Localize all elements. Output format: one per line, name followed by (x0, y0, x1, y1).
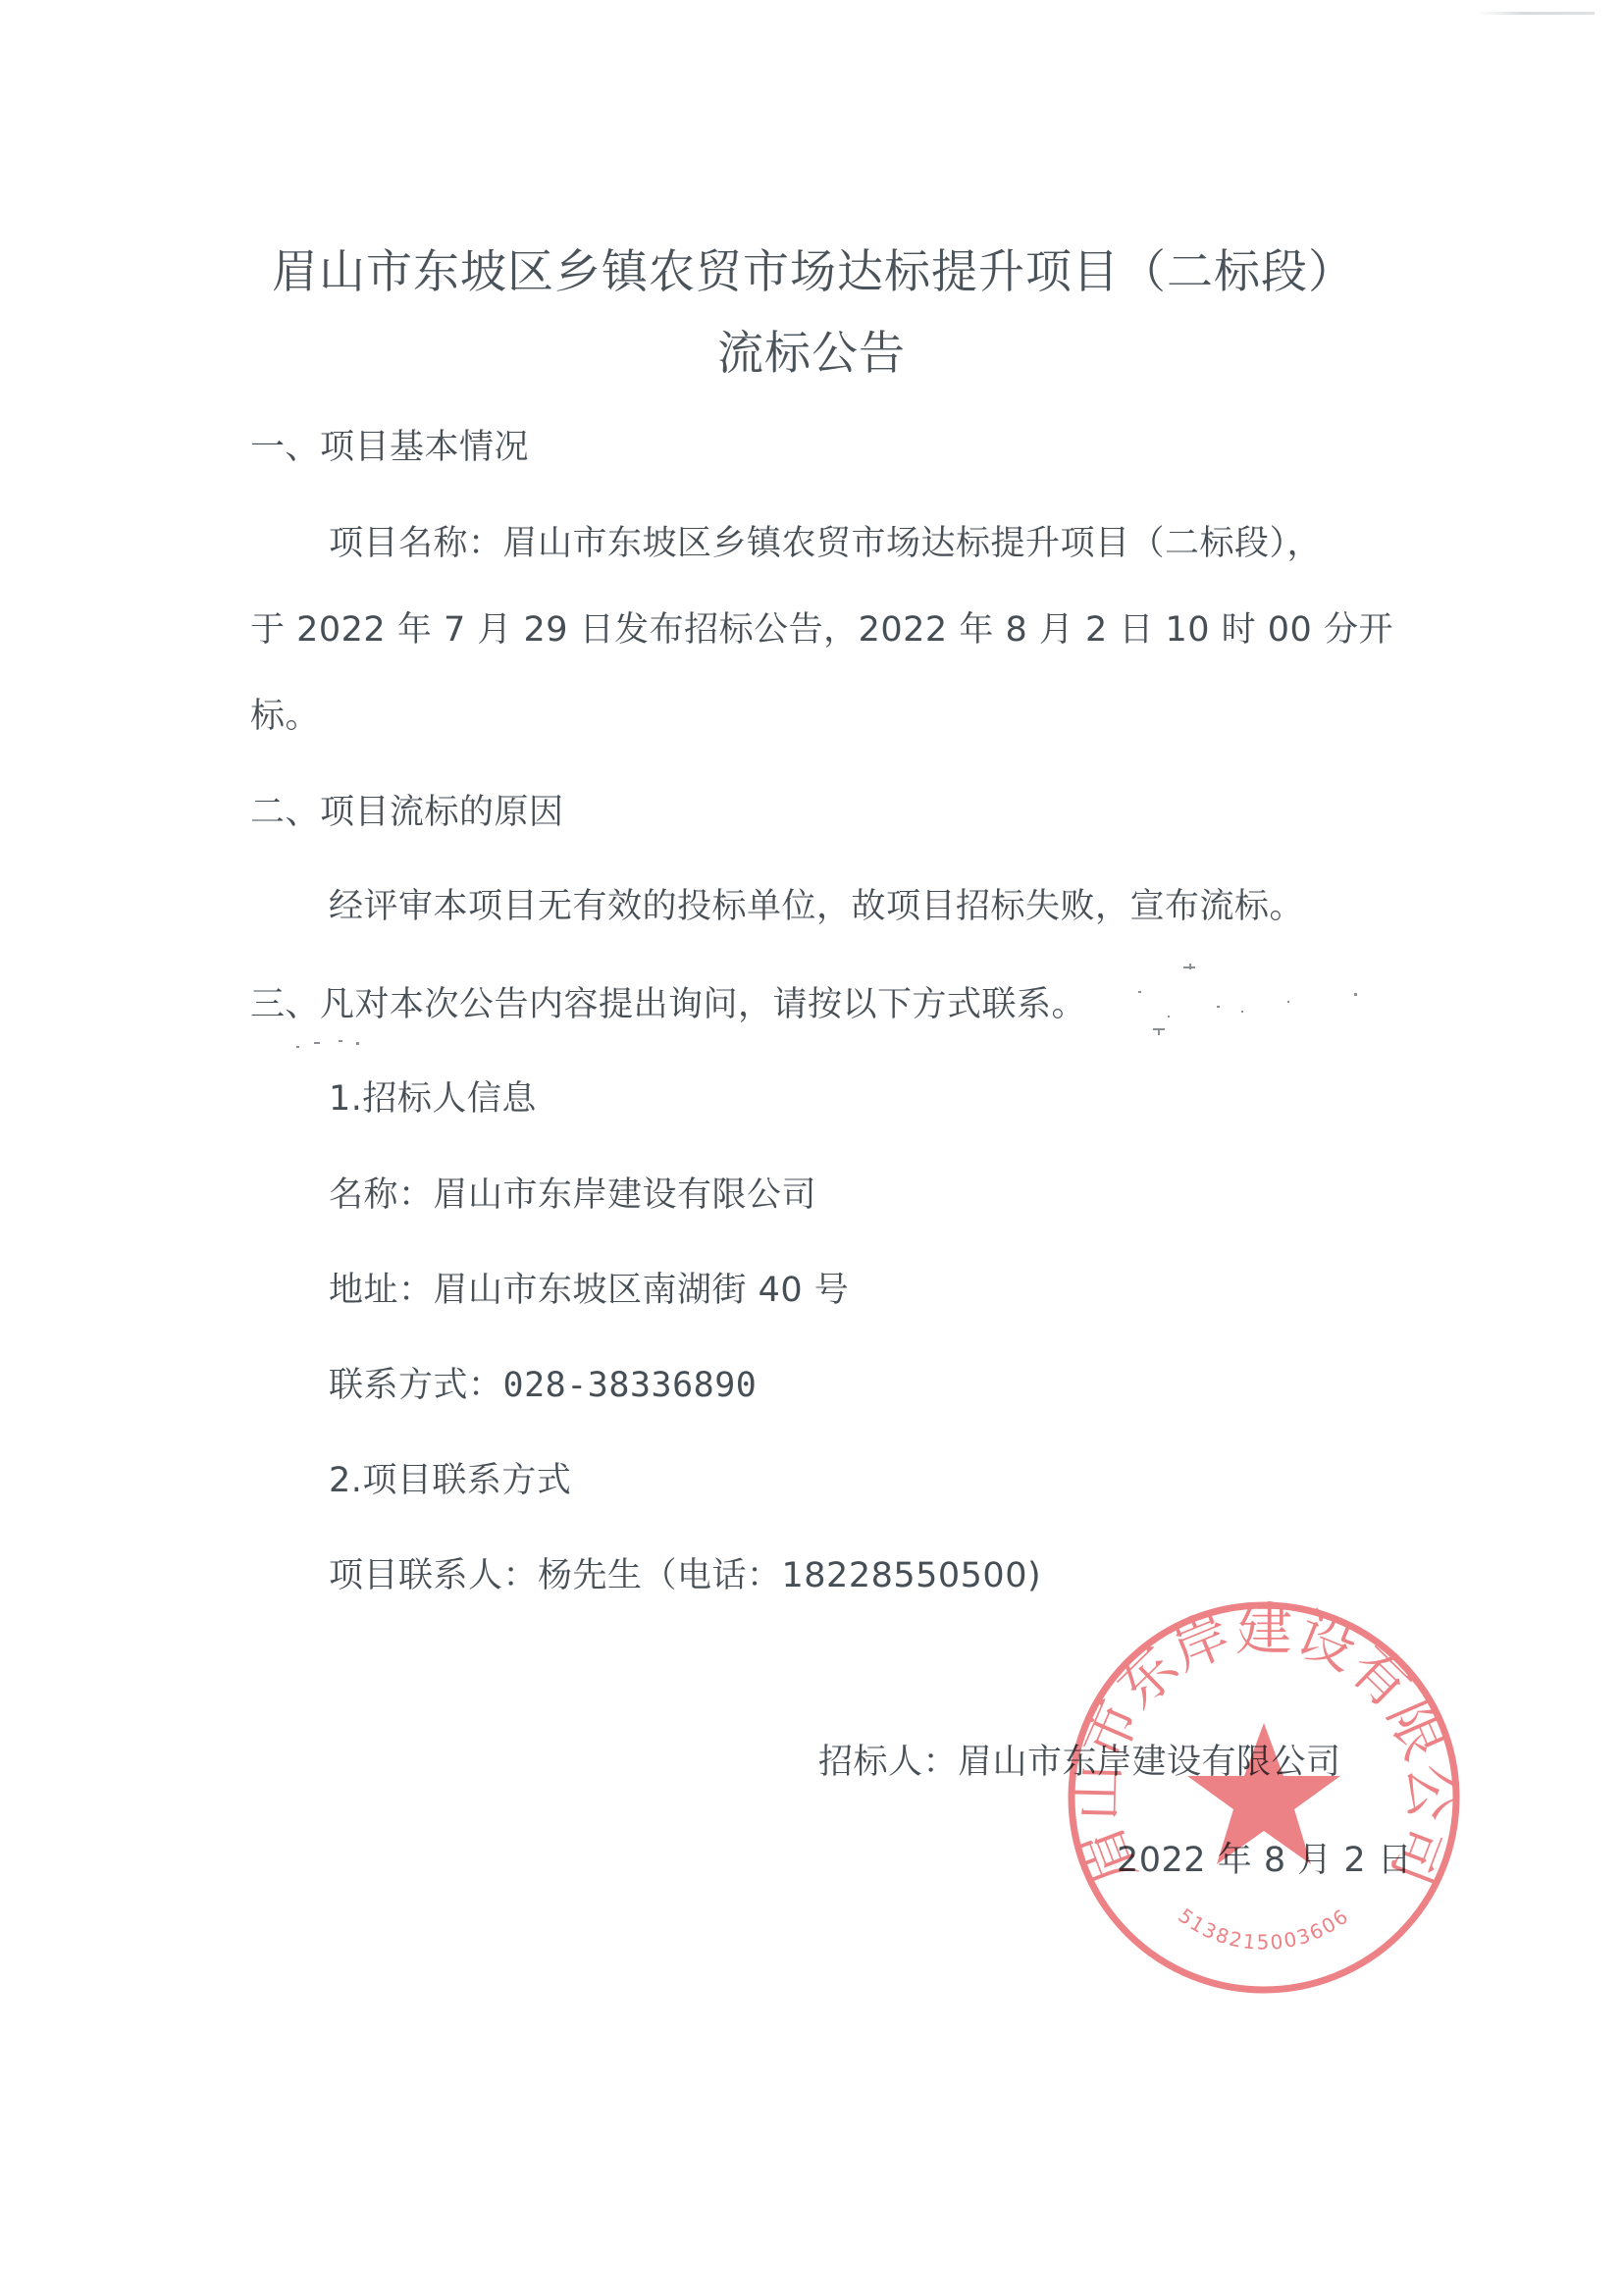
section-1-heading: 一、项目基本情况 (250, 420, 529, 469)
tenderer-contact-value: 028-38336890 (503, 1366, 758, 1405)
tenderer-address-label: 地址： (329, 1271, 434, 1310)
project-date-line-end: 标。 (250, 689, 320, 738)
project-date-text: 于 2022 年 7 月 29 日发布招标公告，2022 年 8 月 2 日 1… (250, 610, 1393, 650)
section-2-heading: 二、项目流标的原因 (250, 785, 564, 834)
failure-reason-line: 经评审本项目无有效的投标单位，故项目招标失败，宣布流标。 (329, 879, 1304, 928)
project-contact-heading: 2.项目联系方式 (329, 1453, 571, 1502)
project-name-line: 项目名称：眉山市东坡区乡镇农贸市场达标提升项目（二标段）， (329, 516, 1322, 565)
tenderer-name-label: 名称： (329, 1175, 434, 1215)
document-page: 眉山市东坡区乡镇农贸市场达标提升项目（二标段） 流标公告 一、项目基本情况 项目… (0, 0, 1623, 2296)
tenderer-contact-label: 联系方式： (329, 1366, 503, 1405)
stamp-code: 5138215003606 (1174, 1904, 1353, 1955)
tenderer-info-heading: 1.招标人信息 (329, 1071, 537, 1121)
signature-tenderer-row: 招标人：眉山市东岸建设有限公司 (818, 1735, 1341, 1784)
signature-date: 2022 年 8 月 2 日 (1117, 1833, 1412, 1882)
stamp-ring (1072, 1605, 1456, 1990)
project-contact-value: 杨先生（电话：18228550500) (538, 1556, 1041, 1595)
tenderer-contact-row: 联系方式：028-38336890 (329, 1358, 757, 1407)
tenderer-address-row: 地址：眉山市东坡区南湖街 40 号 (329, 1263, 849, 1312)
section-3-heading: 三、凡对本次公告内容提出询问，请按以下方式联系。 (250, 977, 1086, 1026)
signature-tenderer-label: 招标人： (818, 1743, 958, 1782)
document-title-line2: 流标公告 (0, 317, 1623, 383)
project-date-line: 于 2022 年 7 月 29 日发布招标公告，2022 年 8 月 2 日 1… (250, 602, 1393, 652)
project-contact-row: 项目联系人：杨先生（电话：18228550500) (329, 1548, 1041, 1597)
tenderer-name-value: 眉山市东岸建设有限公司 (434, 1175, 817, 1215)
tenderer-name-row: 名称：眉山市东岸建设有限公司 (329, 1168, 816, 1217)
scan-artifact (1477, 12, 1595, 15)
signature-tenderer-value: 眉山市东岸建设有限公司 (958, 1743, 1341, 1782)
tenderer-address-value: 眉山市东坡区南湖街 40 号 (434, 1271, 850, 1310)
project-contact-label: 项目联系人： (329, 1556, 538, 1595)
document-title-line1: 眉山市东坡区乡镇农贸市场达标提升项目（二标段） (2, 235, 1623, 301)
company-seal-stamp: 眉山市东岸建设有限公司 5138215003606 (1064, 1597, 1464, 1998)
